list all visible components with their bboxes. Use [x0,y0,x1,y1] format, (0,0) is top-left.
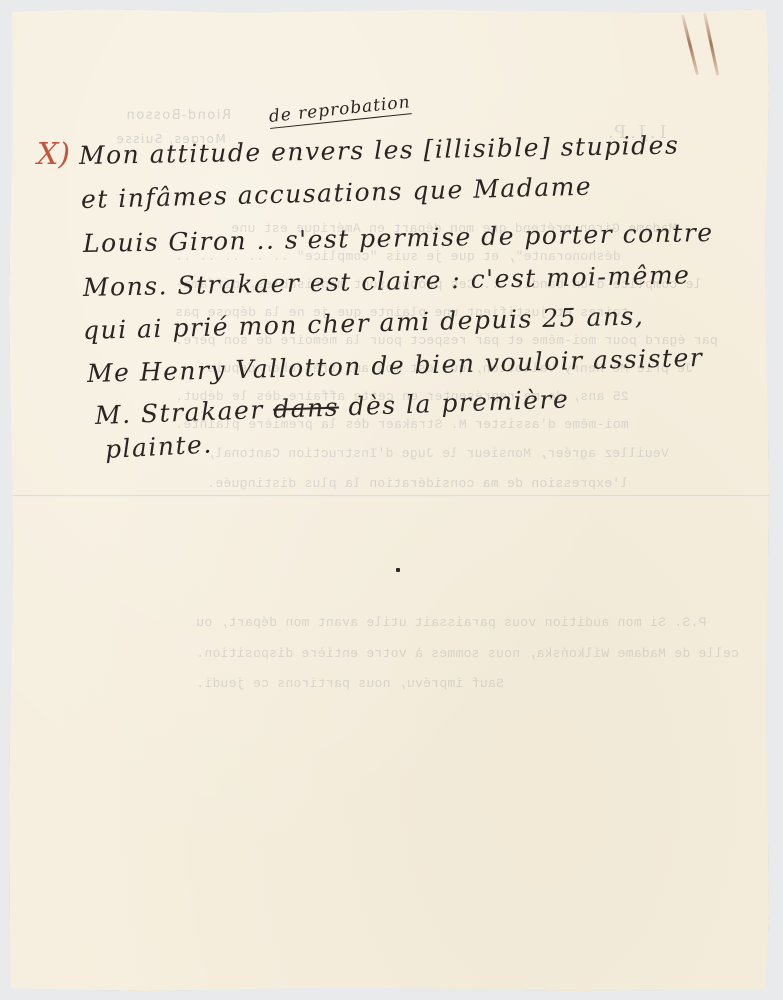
handwritten-line-2: et infâmes accusations que Madame [81,172,593,214]
ink-speck [396,568,400,572]
margin-annotation: X) [37,137,70,172]
letterhead-line-1: Riond-Bosson [125,108,231,123]
scanned-page: Riond-Bosson Morges, Suisse I.J.P. Madam… [0,0,783,1000]
rust-mark [703,12,719,75]
typed-line: Veuillez agréer, Monsieur le Juge d'Inst… [207,446,669,461]
insertion-above-line: de reprobation [268,92,412,127]
typed-line: P.S. Si mon audition vous paraissait uti… [196,615,706,630]
rust-mark [681,14,699,75]
handwritten-line-4: Mons. Strakaer est claire : c'est moi-mê… [83,260,691,302]
handwritten-line-8: plainte. [104,429,213,464]
letter-paper: Riond-Bosson Morges, Suisse I.J.P. Madam… [9,9,769,991]
typed-line: celle de Madame Wilkońska, nous sommes à… [196,646,739,661]
paper-fold-line [9,495,769,497]
struck-word: dans [273,392,340,423]
handwritten-line-6: Me Henry Vallotton de bien vouloir assis… [87,343,704,388]
typed-line: l'expression de ma considération la plus… [207,476,628,491]
typed-line: Sauf imprévu, nous partirons ce jeudi. [196,676,504,691]
